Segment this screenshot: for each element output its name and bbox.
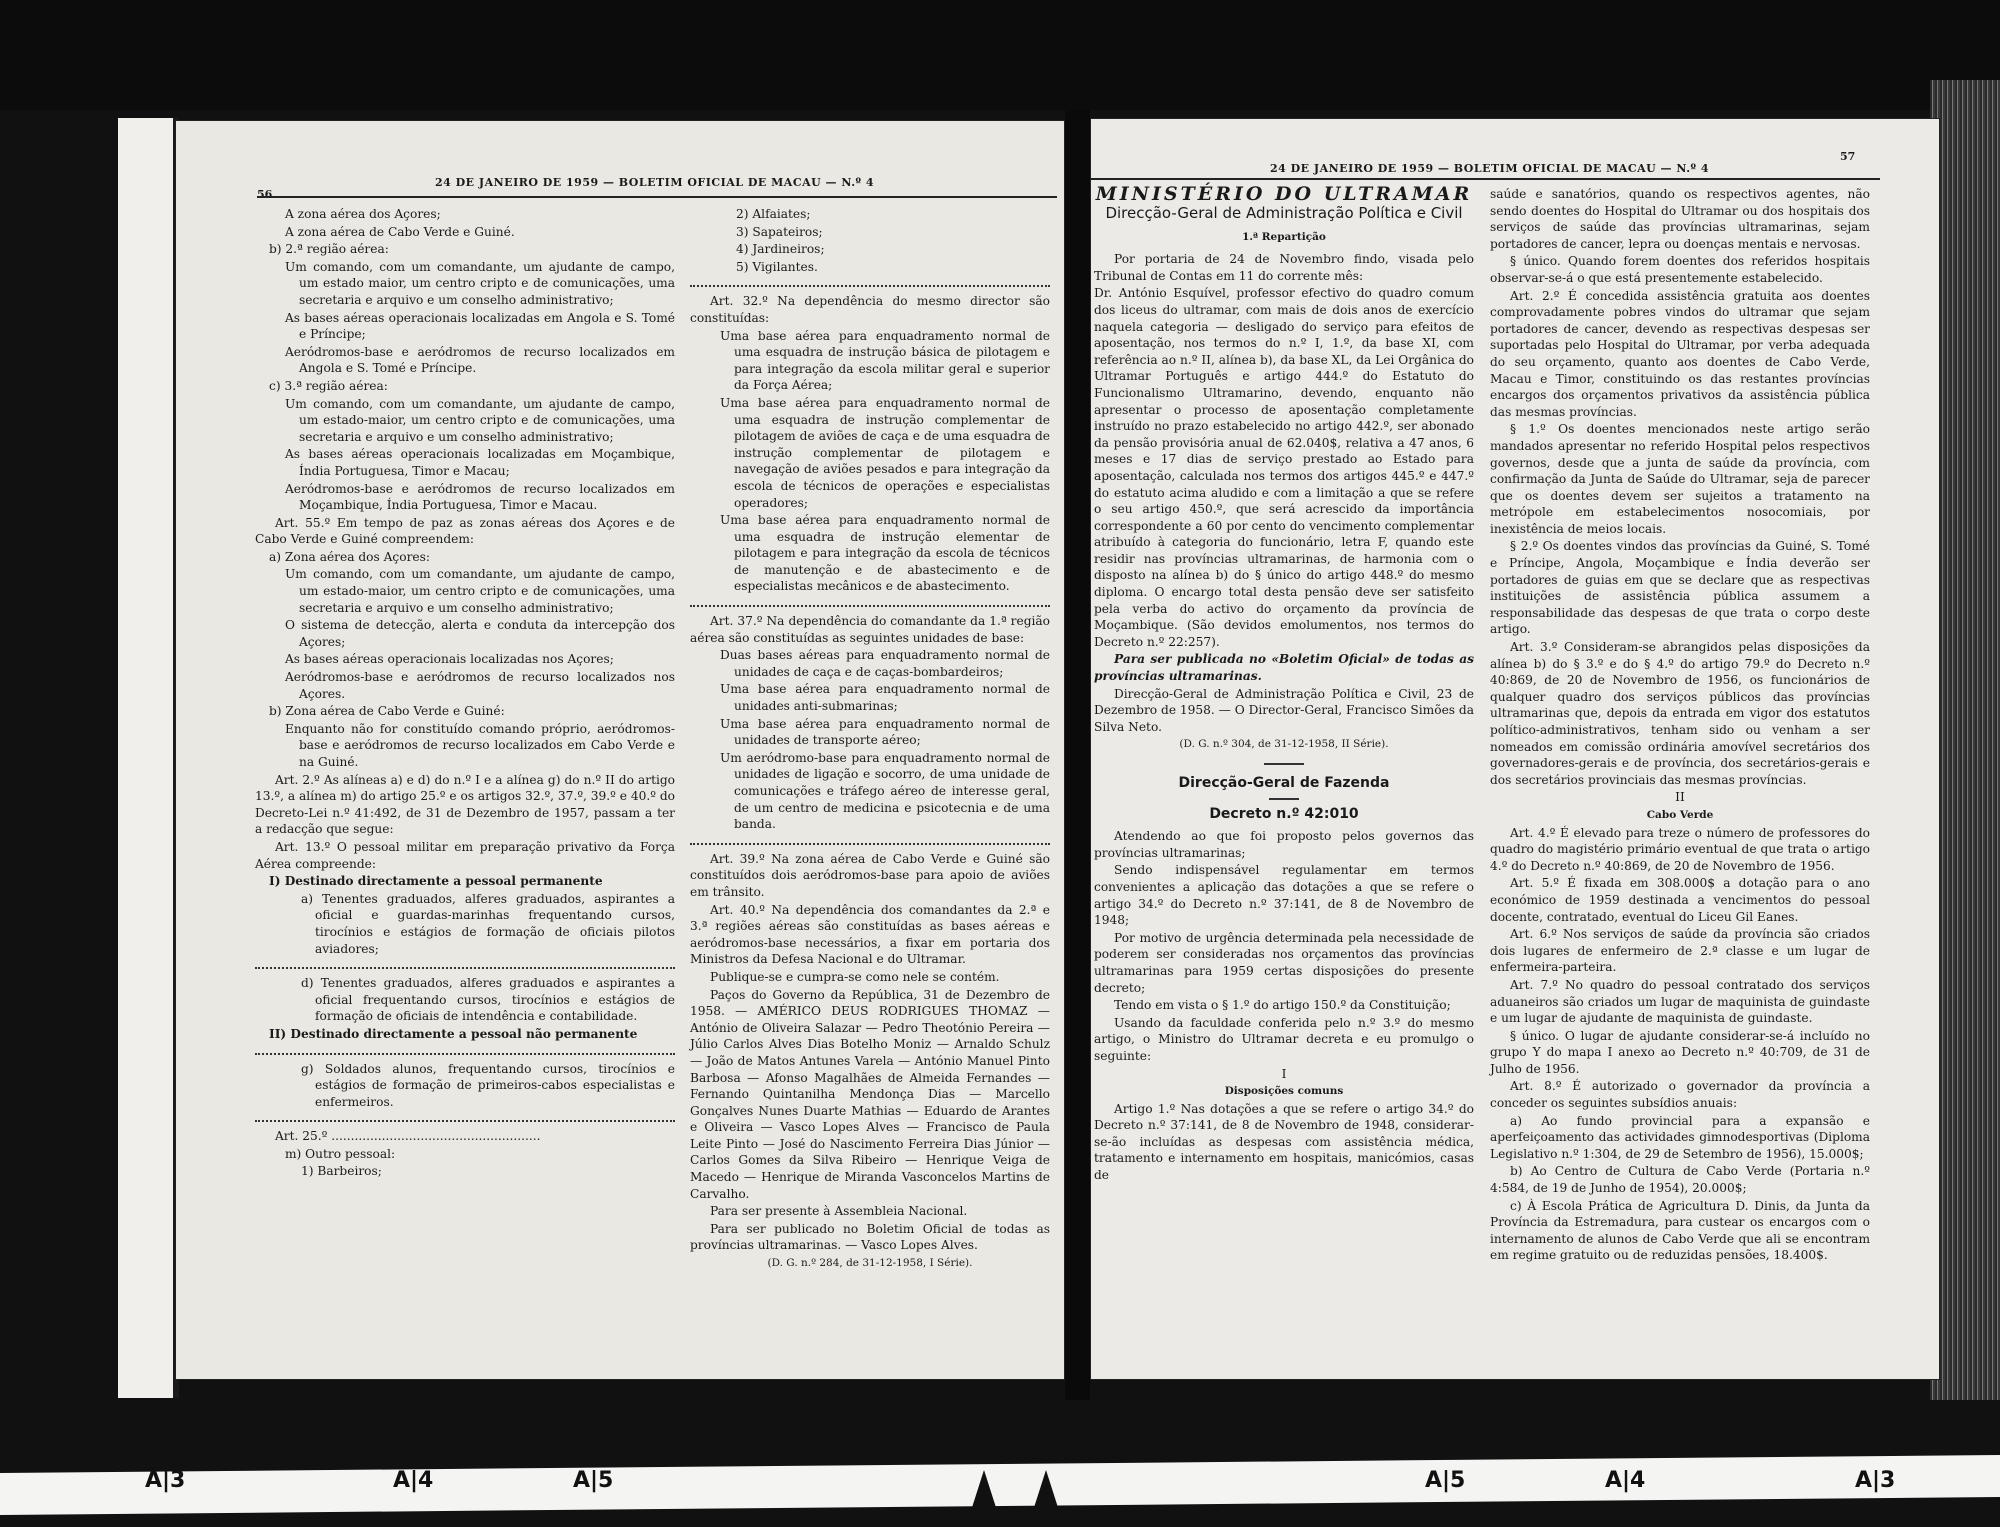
section-divider bbox=[1269, 798, 1299, 800]
paragraph: Art. 37.º Na dependência do comandante d… bbox=[690, 613, 1050, 646]
paragraph: Uma base aérea para enquadramento normal… bbox=[690, 716, 1050, 749]
dotted-separator bbox=[255, 1114, 675, 1122]
paragraph: 2) Alfaiates; bbox=[690, 206, 1050, 223]
paragraph: O sistema de detecção, alerta e conduta … bbox=[255, 617, 675, 650]
page-edge-left bbox=[118, 118, 179, 1398]
right-page-column-2: saúde e sanatórios, quando os respectivo… bbox=[1490, 186, 1870, 1265]
paragraph: d) Tenentes graduados, alferes graduados… bbox=[255, 975, 675, 1025]
paragraph: Por portaria de 24 de Novembro findo, vi… bbox=[1094, 251, 1474, 284]
paragraph: Cabo Verde bbox=[1490, 807, 1870, 824]
paragraph: (D. G. n.º 304, de 31-12-1958, II Série)… bbox=[1094, 736, 1474, 753]
paragraph: I bbox=[1094, 1066, 1474, 1083]
paragraph: a) Zona aérea dos Açores: bbox=[255, 549, 675, 566]
paragraph: Art. 6.º Nos serviços de saúde da provín… bbox=[1490, 926, 1870, 976]
page-stack-edge bbox=[1930, 80, 2000, 1400]
page-number: 57 bbox=[1840, 150, 1855, 163]
paragraph: Dr. António Esquível, professor efectivo… bbox=[1094, 285, 1474, 650]
dotted-separator bbox=[255, 961, 675, 969]
paragraph: § 2.º Os doentes vindos das províncias d… bbox=[1490, 538, 1870, 638]
left-page-column-2: 2) Alfaiates;3) Sapateiros;4) Jardineiro… bbox=[690, 206, 1050, 1273]
scan-border-top bbox=[0, 0, 2000, 110]
paragraph: Art. 7.º No quadro do pessoal contratado… bbox=[1490, 977, 1870, 1027]
paragraph: Uma base aérea para enquadramento normal… bbox=[690, 512, 1050, 595]
decree-heading: Decreto n.º 42:010 bbox=[1094, 806, 1474, 823]
paragraph: m) Outro pessoal: bbox=[255, 1146, 675, 1163]
left-page-column-1: A zona aérea dos Açores;A zona aérea de … bbox=[255, 206, 675, 1181]
film-mark: A|5 bbox=[1425, 1468, 1465, 1493]
paragraph: c) 3.ª região aérea: bbox=[255, 378, 675, 395]
paragraph: Artigo 1.º Nas dotações a que se refere … bbox=[1094, 1101, 1474, 1184]
paragraph: § 1.º Os doentes mencionados neste artig… bbox=[1490, 421, 1870, 537]
paragraph: A zona aérea dos Açores; bbox=[255, 206, 675, 223]
paragraph: a) Tenentes graduados, alferes graduados… bbox=[255, 891, 675, 957]
dotted-separator bbox=[690, 837, 1050, 845]
running-head: 24 DE JANEIRO DE 1959 — BOLETIM OFICIAL … bbox=[435, 176, 874, 189]
paragraph: b) 2.ª região aérea: bbox=[255, 241, 675, 258]
gutter-marker-right bbox=[1030, 1470, 1062, 1520]
paragraph: Um aeródromo-base para enquadramento nor… bbox=[690, 750, 1050, 833]
paragraph: Paços do Governo da República, 31 de Dez… bbox=[690, 987, 1050, 1203]
film-mark: A|4 bbox=[393, 1468, 433, 1493]
ministry-heading: MINISTÉRIO DO ULTRAMAR bbox=[1094, 186, 1474, 203]
paragraph: Enquanto não for constituído comando pró… bbox=[255, 721, 675, 771]
paragraph: Sendo indispensável regulamentar em term… bbox=[1094, 862, 1474, 928]
paragraph: Atendendo ao que foi proposto pelos gove… bbox=[1094, 828, 1474, 861]
paragraph: Uma base aérea para enquadramento normal… bbox=[690, 395, 1050, 511]
paragraph: Usando da faculdade conferida pelo n.º 3… bbox=[1094, 1015, 1474, 1065]
paragraph: Art. 4.º É elevado para treze o número d… bbox=[1490, 825, 1870, 875]
paragraph: Aeródromos-base e aeródromos de recurso … bbox=[255, 481, 675, 514]
paragraph: g) Soldados alunos, frequentando cursos,… bbox=[255, 1061, 675, 1111]
paragraph: Para ser presente à Assembleia Nacional. bbox=[690, 1203, 1050, 1220]
paragraph: Art. 13.º O pessoal militar em preparaçã… bbox=[255, 839, 675, 872]
paragraph: Art. 8.º É autorizado o governador da pr… bbox=[1490, 1078, 1870, 1111]
paragraph: (D. G. n.º 284, de 31-12-1958, I Série). bbox=[690, 1255, 1050, 1272]
paragraph: Aeródromos-base e aeródromos de recurso … bbox=[255, 669, 675, 702]
paragraph: 1) Barbeiros; bbox=[255, 1163, 675, 1180]
dotted-separator bbox=[690, 599, 1050, 607]
film-mark: A|3 bbox=[1855, 1468, 1895, 1493]
paragraph: Um comando, com um comandante, um ajudan… bbox=[255, 259, 675, 309]
paragraph: § único. O lugar de ajudante considerar-… bbox=[1490, 1028, 1870, 1078]
paragraph: II) Destinado directamente a pessoal não… bbox=[255, 1026, 675, 1043]
directorate-heading: Direcção-Geral de Administração Política… bbox=[1094, 203, 1474, 223]
paragraph: Art. 39.º Na zona aérea de Cabo Verde e … bbox=[690, 851, 1050, 901]
left-page: 56 24 DE JANEIRO DE 1959 — BOLETIM OFICI… bbox=[175, 120, 1065, 1380]
paragraph: Disposições comuns bbox=[1094, 1083, 1474, 1100]
paragraph: 5) Vigilantes. bbox=[690, 259, 1050, 276]
paragraph: 4) Jardineiros; bbox=[690, 241, 1050, 258]
paragraph: Art. 2.º As alíneas a) e d) do n.º I e a… bbox=[255, 772, 675, 838]
paragraph: saúde e sanatórios, quando os respectivo… bbox=[1490, 186, 1870, 252]
paragraph: a) Ao fundo provincial para a expansão e… bbox=[1490, 1113, 1870, 1163]
paragraph: Duas bases aéreas para enquadramento nor… bbox=[690, 647, 1050, 680]
paragraph: b) Zona aérea de Cabo Verde e Guiné: bbox=[255, 703, 675, 720]
film-mark: A|5 bbox=[573, 1468, 613, 1493]
paragraph: A zona aérea de Cabo Verde e Guiné. bbox=[255, 224, 675, 241]
paragraph: As bases aéreas operacionais localizadas… bbox=[255, 310, 675, 343]
film-mark: A|4 bbox=[1605, 1468, 1645, 1493]
portaria-text: Por portaria de 24 de Novembro findo, vi… bbox=[1094, 251, 1474, 753]
fazenda-heading: Direcção-Geral de Fazenda bbox=[1094, 775, 1474, 792]
paragraph: As bases aéreas operacionais localizadas… bbox=[255, 651, 675, 668]
paragraph: Um comando, com um comandante, um ajudan… bbox=[255, 396, 675, 446]
paragraph: Publique-se e cumpra-se como nele se con… bbox=[690, 969, 1050, 986]
paragraph: Uma base aérea para enquadramento normal… bbox=[690, 681, 1050, 714]
paragraph: Direcção-Geral de Administração Política… bbox=[1094, 686, 1474, 736]
film-strip bbox=[0, 1455, 2000, 1515]
book-gutter bbox=[1065, 110, 1090, 1400]
dotted-separator bbox=[255, 1047, 675, 1055]
paragraph: Art. 25.º ..............................… bbox=[255, 1128, 675, 1145]
header-rule bbox=[1090, 178, 1880, 180]
paragraph: Art. 32.º Na dependência do mesmo direct… bbox=[690, 293, 1050, 326]
paragraph: b) Ao Centro de Cultura de Cabo Verde (P… bbox=[1490, 1163, 1870, 1196]
paragraph: Aeródromos-base e aeródromos de recurso … bbox=[255, 344, 675, 377]
paragraph: Um comando, com um comandante, um ajudan… bbox=[255, 566, 675, 616]
paragraph: II bbox=[1490, 789, 1870, 806]
paragraph: Tendo em vista o § 1.º do artigo 150.º d… bbox=[1094, 997, 1474, 1014]
paragraph: Art. 3.º Consideram-se abrangidos pelas … bbox=[1490, 639, 1870, 788]
dotted-separator bbox=[690, 279, 1050, 287]
paragraph: Art. 55.º Em tempo de paz as zonas aérea… bbox=[255, 515, 675, 548]
paragraph: Para ser publicada no «Boletim Oficial» … bbox=[1094, 651, 1474, 684]
paragraph: Uma base aérea para enquadramento normal… bbox=[690, 328, 1050, 394]
paragraph: § único. Quando forem doentes dos referi… bbox=[1490, 253, 1870, 286]
right-page: 24 DE JANEIRO DE 1959 — BOLETIM OFICIAL … bbox=[1090, 118, 1940, 1380]
right-page-column-1: MINISTÉRIO DO ULTRAMAR Direcção-Geral de… bbox=[1094, 186, 1474, 1185]
film-mark: A|3 bbox=[145, 1468, 185, 1493]
page-number: 56 bbox=[257, 188, 272, 201]
section-divider bbox=[1264, 763, 1304, 765]
gutter-marker-left bbox=[968, 1470, 1000, 1520]
paragraph: Por motivo de urgência determinada pela … bbox=[1094, 930, 1474, 996]
decree-text: Atendendo ao que foi proposto pelos gove… bbox=[1094, 828, 1474, 1183]
paragraph: Para ser publicado no Boletim Oficial de… bbox=[690, 1221, 1050, 1254]
header-rule bbox=[257, 196, 1057, 198]
paragraph: I) Destinado directamente a pessoal perm… bbox=[255, 873, 675, 890]
paragraph: As bases aéreas operacionais localizadas… bbox=[255, 446, 675, 479]
paragraph: Art. 40.º Na dependência dos comandantes… bbox=[690, 902, 1050, 968]
repartition-heading: 1.ª Repartição bbox=[1094, 229, 1474, 246]
paragraph: Art. 5.º É fixada em 308.000$ a dotação … bbox=[1490, 875, 1870, 925]
paragraph: 3) Sapateiros; bbox=[690, 224, 1050, 241]
paragraph: c) À Escola Prática de Agricultura D. Di… bbox=[1490, 1198, 1870, 1264]
running-head: 24 DE JANEIRO DE 1959 — BOLETIM OFICIAL … bbox=[1270, 162, 1709, 175]
paragraph: Art. 2.º É concedida assistência gratuit… bbox=[1490, 288, 1870, 421]
